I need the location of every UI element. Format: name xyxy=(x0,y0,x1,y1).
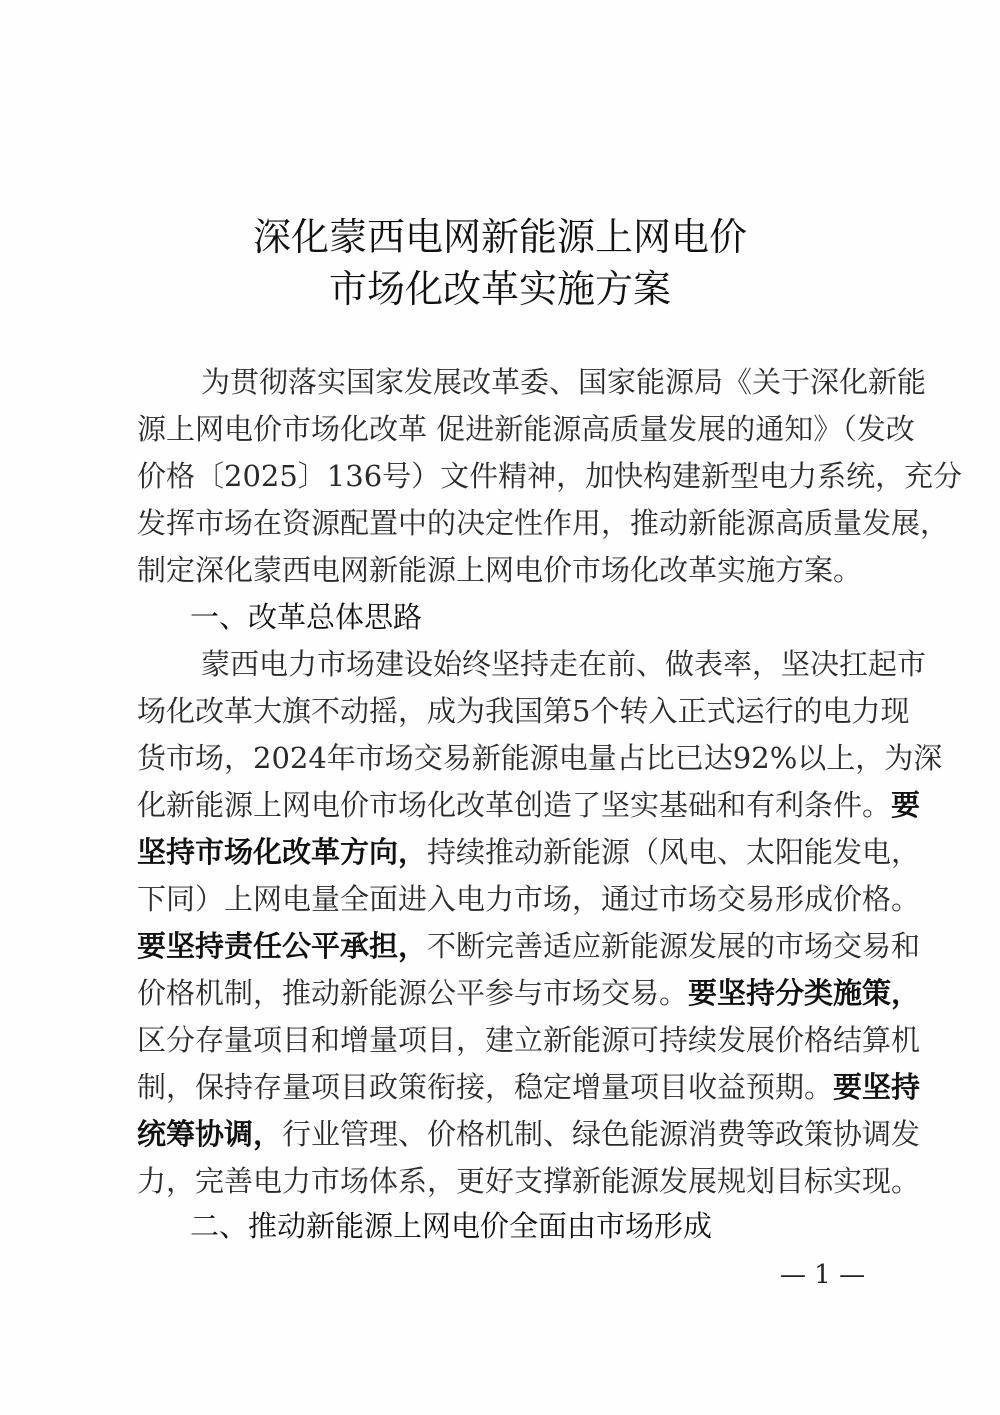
text-run: 行业管理、价格机制、绿色能源消费等政策协调发 xyxy=(282,1117,920,1151)
section-1-line-1: 蒙西电力市场建设始终坚持走在前、做表率，坚决扛起市 xyxy=(201,646,877,682)
intro-line-2: 源上网电价市场化改革 促进新能源高质量发展的通知》（发改 xyxy=(137,411,877,447)
section-1-line-5: 坚持市场化改革方向，持续推动新能源（风电、太阳能发电， xyxy=(137,834,877,870)
section-1-line-4: 化新能源上网电价市场化改革创造了坚实基础和有利条件。要 xyxy=(137,787,877,823)
document-page: 深化蒙西电网新能源上网电价 市场化改革实施方案 为贯彻落实国家发展改革委、国家能… xyxy=(0,0,1000,1415)
text-run: 货市场，2024年市场交易新能源电量占比已达92%以上，为深 xyxy=(137,741,942,775)
bold-run: 要坚持分类施策， xyxy=(688,976,920,1010)
bold-run: 统筹协调， xyxy=(137,1117,282,1151)
intro-line-5: 制定深化蒙西电网新能源上网电价市场化改革实施方案。 xyxy=(137,552,877,588)
section-1-line-12: 力，完善电力市场体系，更好支撑新能源发展规划目标实现。 xyxy=(137,1163,877,1199)
intro-line-1: 为贯彻落实国家发展改革委、国家能源局《关于深化新能 xyxy=(201,364,877,400)
section-1-line-3: 货市场，2024年市场交易新能源电量占比已达92%以上，为深 xyxy=(137,740,877,776)
text-run: 蒙西电力市场建设始终坚持走在前、做表率，坚决扛起市 xyxy=(201,647,926,681)
text-run: 不断完善适应新能源发展的市场交易和 xyxy=(427,929,920,963)
text-run: 制，保持存量项目政策衔接，稳定增量项目收益预期。 xyxy=(137,1070,833,1104)
section-1-line-9: 区分存量项目和增量项目，建立新能源可持续发展价格结算机 xyxy=(137,1022,877,1058)
section-1-line-2: 场化改革大旗不动摇，成为我国第5个转入正式运行的电力现 xyxy=(137,693,877,729)
text-run: 价格机制，推动新能源公平参与市场交易。 xyxy=(137,976,688,1010)
page-number: — 1 — xyxy=(780,1260,865,1290)
section-2-heading: 二、推动新能源上网电价全面由市场形成 xyxy=(190,1208,712,1244)
text-run: 场化改革大旗不动摇，成为我国第5个转入正式运行的电力现 xyxy=(137,694,909,728)
section-1-line-11: 统筹协调，行业管理、价格机制、绿色能源消费等政策协调发 xyxy=(137,1116,877,1152)
bold-run: 坚持市场化改革方向， xyxy=(137,835,427,869)
bold-run: 要 xyxy=(891,788,920,822)
text-run: 持续推动新能源（风电、太阳能发电， xyxy=(427,835,920,869)
section-1-line-10: 制，保持存量项目政策衔接，稳定增量项目收益预期。要坚持 xyxy=(137,1069,877,1105)
section-1-heading: 一、改革总体思路 xyxy=(190,599,422,635)
section-1-line-7: 要坚持责任公平承担，不断完善适应新能源发展的市场交易和 xyxy=(137,928,877,964)
bold-run: 要坚持责任公平承担， xyxy=(137,929,427,963)
section-1-line-6: 下同）上网电量全面进入电力市场，通过市场交易形成价格。 xyxy=(137,881,877,917)
intro-line-4: 发挥市场在资源配置中的决定性作用，推动新能源高质量发展， xyxy=(137,505,877,541)
text-run: 区分存量项目和增量项目，建立新能源可持续发展价格结算机 xyxy=(137,1023,920,1057)
section-1-line-8: 价格机制，推动新能源公平参与市场交易。要坚持分类施策， xyxy=(137,975,877,1011)
bold-run: 要坚持 xyxy=(833,1070,920,1104)
document-title-line-2: 市场化改革实施方案 xyxy=(0,266,1000,312)
text-run: 化新能源上网电价市场化改革创造了坚实基础和有利条件。 xyxy=(137,788,891,822)
document-title-line-1: 深化蒙西电网新能源上网电价 xyxy=(0,214,1000,260)
text-run: 下同）上网电量全面进入电力市场，通过市场交易形成价格。 xyxy=(137,882,920,916)
intro-line-3: 价格〔2025〕136号）文件精神，加快构建新型电力系统，充分 xyxy=(137,458,877,494)
text-run: 力，完善电力市场体系，更好支撑新能源发展规划目标实现。 xyxy=(137,1164,920,1198)
